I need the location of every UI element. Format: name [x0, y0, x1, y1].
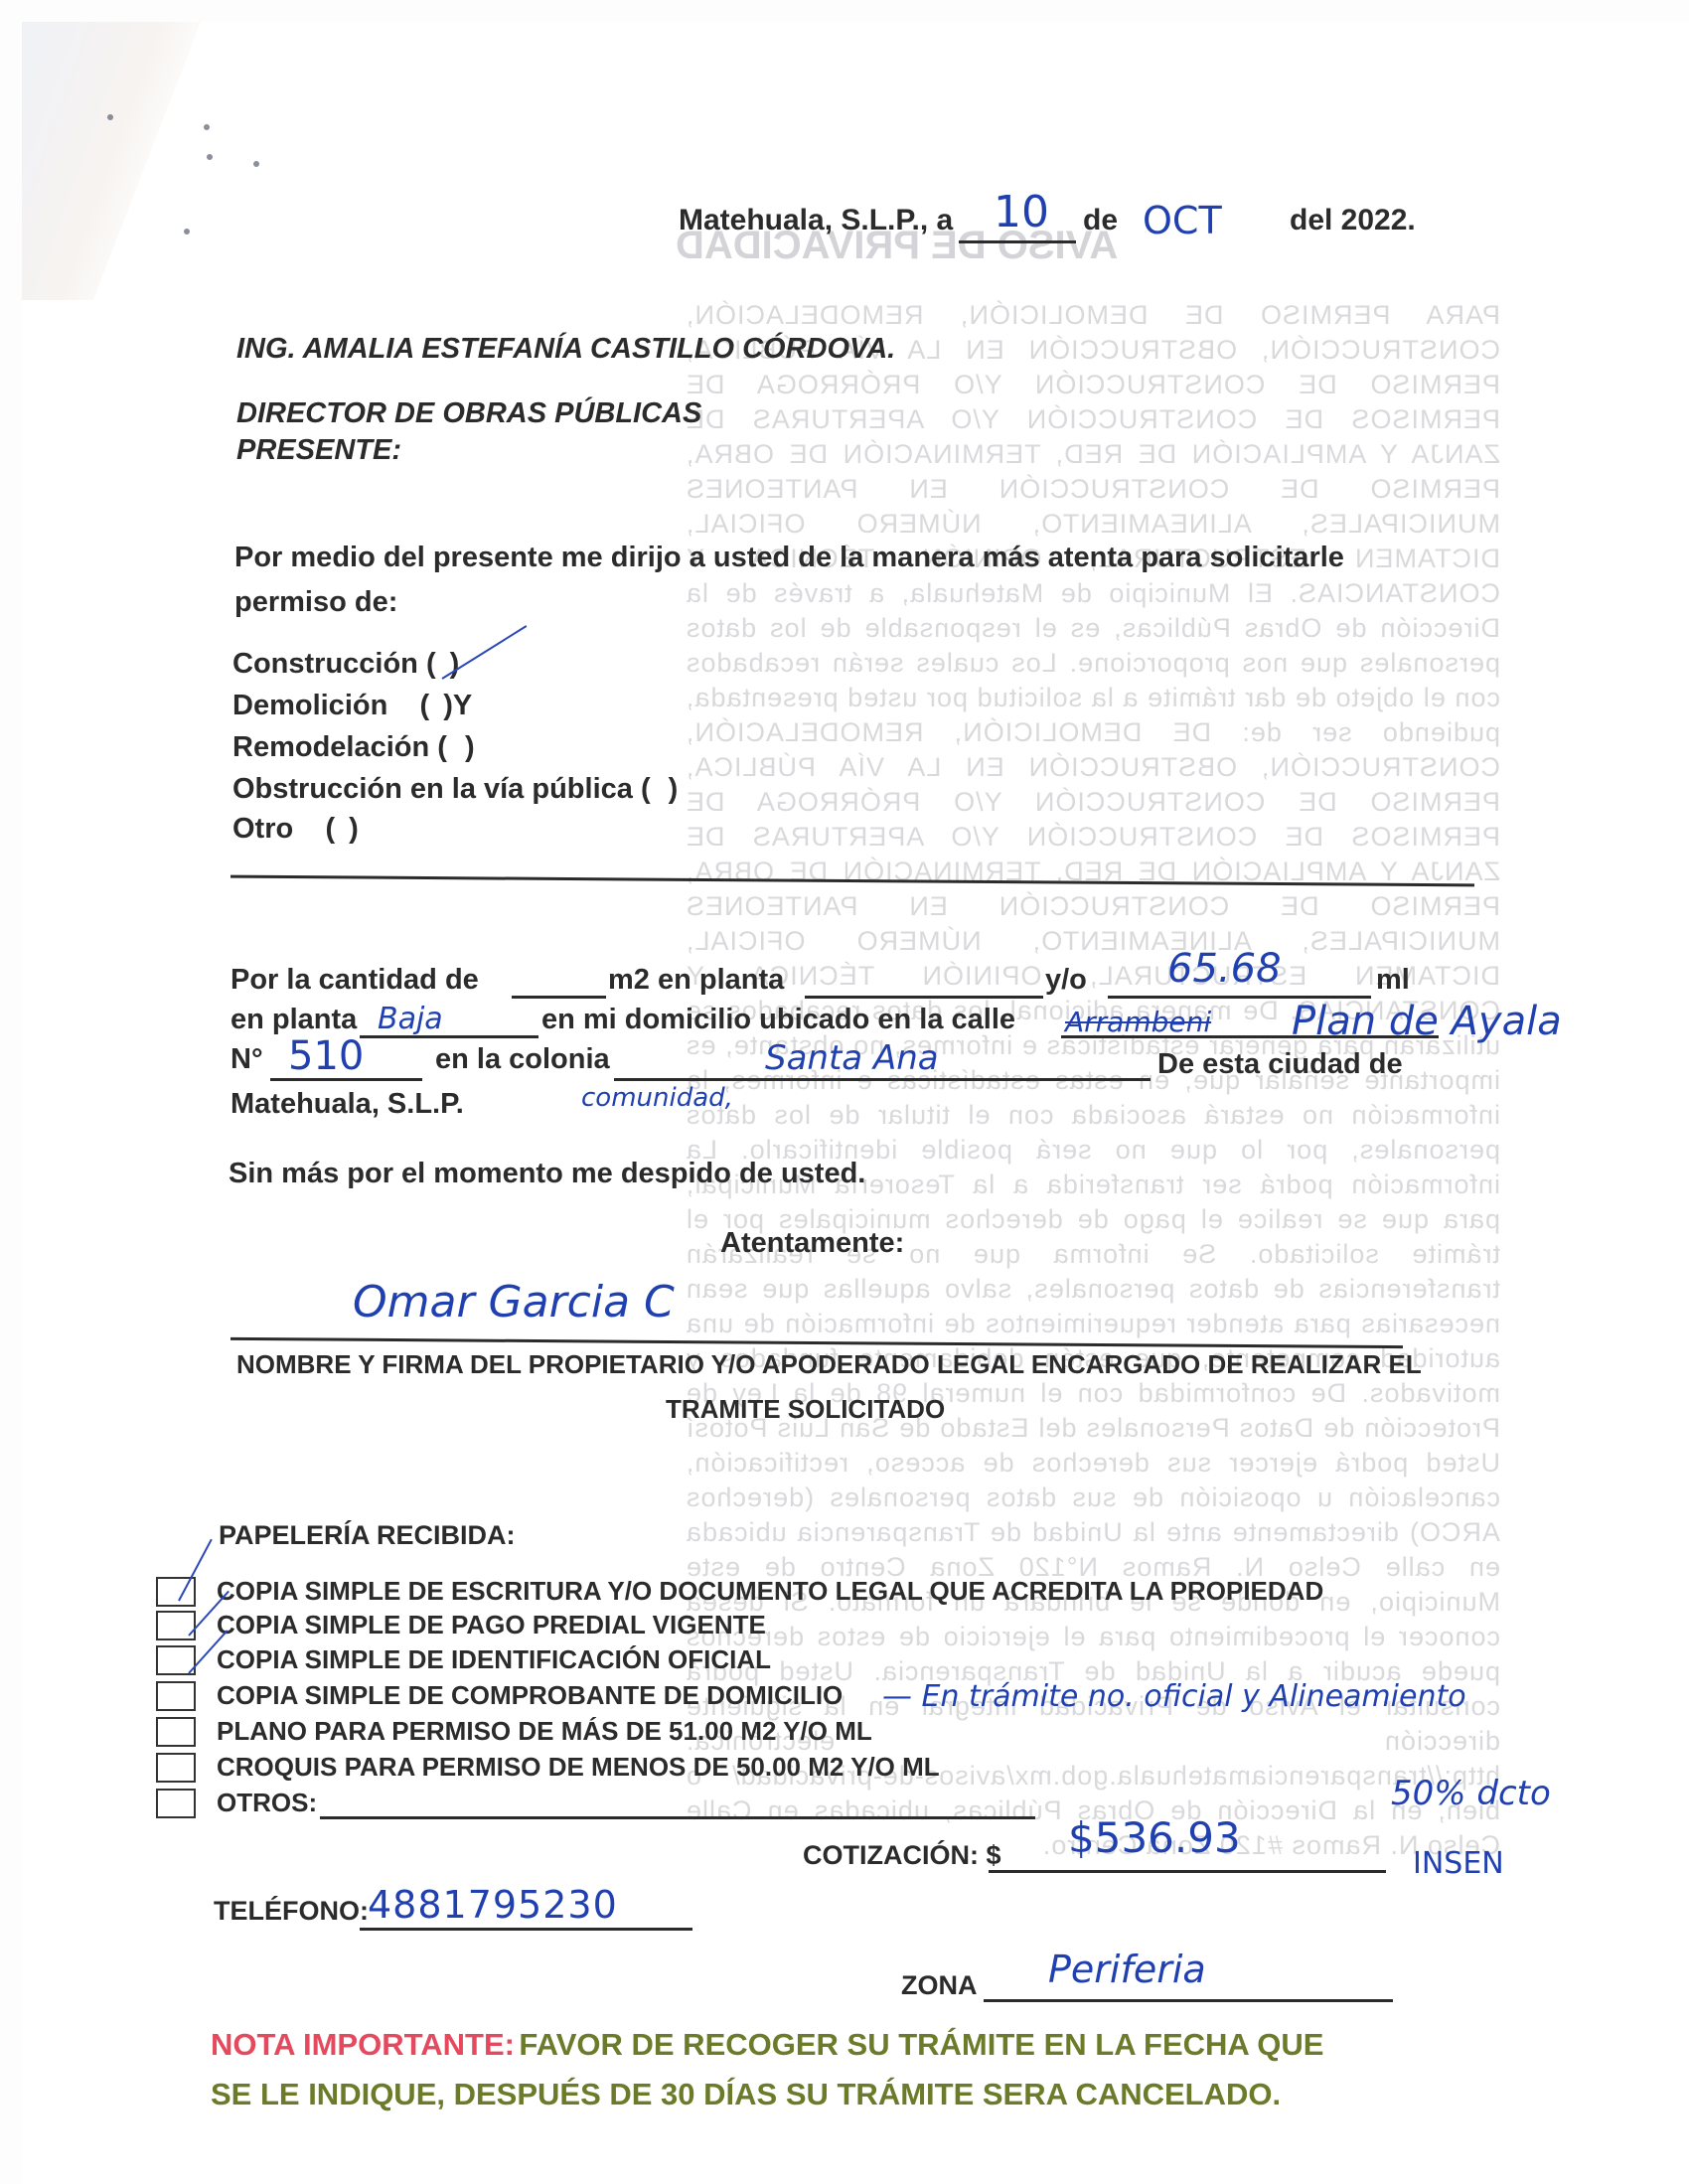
- atentamente-label: Atentamente:: [720, 1227, 904, 1260]
- day-field-line: [959, 240, 1076, 243]
- year-label: del 2022.: [1290, 204, 1416, 237]
- permit-option-label: Obstrucción en la vía pública (: [232, 773, 651, 805]
- cotizacion-label: COTIZACIÓN: $: [803, 1840, 1001, 1871]
- zona-label: ZONA: [901, 1970, 978, 2001]
- telefono-label: TELÉFONO:: [214, 1896, 369, 1927]
- numero-label: N°: [230, 1043, 263, 1076]
- papeleria-item-label: PLANO PARA PERMISO DE MÁS DE 51.00 M2 Y/…: [217, 1716, 872, 1747]
- intro-line-2: permiso de:: [234, 586, 397, 619]
- signature[interactable]: Omar Garcia C: [353, 1277, 675, 1327]
- nota-text-2: SE LE INDIQUE, DESPUÉS DE 30 DÍAS SU TRÁ…: [211, 2077, 1281, 2112]
- colonia-field-line: [614, 1078, 1151, 1081]
- day-field[interactable]: 10: [994, 187, 1049, 237]
- calle-field[interactable]: Plan de Ayala: [1292, 999, 1562, 1044]
- month-field[interactable]: OCT: [1143, 199, 1222, 242]
- permit-option-label: Construcción (: [232, 648, 436, 680]
- quantity-prefix: Por la cantidad de: [230, 964, 479, 997]
- permit-option-remodelacion[interactable]: Remodelación (): [232, 731, 475, 764]
- papeleria-item-label: COPIA SIMPLE DE IDENTIFICACIÓN OFICIAL: [217, 1644, 771, 1675]
- papeleria-item-label: COPIA SIMPLE DE ESCRITURA Y/O DOCUMENTO …: [217, 1576, 1323, 1607]
- papeleria-checkbox-domicilio[interactable]: [156, 1681, 196, 1711]
- colonia-note: comunidad,: [581, 1083, 733, 1113]
- telefono-field-line: [360, 1928, 692, 1931]
- permit-option-close: ): [669, 773, 679, 805]
- intro-line-1: Por medio del presente me dirijo a usted…: [234, 542, 1344, 574]
- cotizacion-field-line: [989, 1870, 1386, 1873]
- nota-label: NOTA IMPORTANTE:: [211, 2027, 515, 2062]
- cotizacion-field[interactable]: $536.93: [1068, 1813, 1241, 1862]
- otros-field[interactable]: [320, 1816, 1035, 1819]
- insen-note: INSEN: [1413, 1846, 1504, 1881]
- addressee-name: ING. AMALIA ESTEFANÍA CASTILLO CÓRDOVA.: [236, 333, 895, 366]
- papeleria-item-label: CROQUIS PARA PERMISO DE MENOS DE 50.00 M…: [217, 1752, 940, 1783]
- addressee-presente: PRESENTE:: [236, 434, 401, 467]
- m2-field[interactable]: [512, 996, 606, 999]
- zona-field[interactable]: Periferia: [1048, 1948, 1206, 1991]
- permit-option-label: Demolición (: [232, 690, 429, 721]
- permit-option-demolicion[interactable]: Demolición ()Y: [232, 690, 472, 722]
- ciudad-label: De esta ciudad de: [1157, 1048, 1403, 1081]
- permit-option-close: ): [349, 813, 359, 845]
- permit-option-label: Otro (: [232, 813, 335, 845]
- domicilio-label: en mi domicilio ubicado en la calle: [541, 1004, 1015, 1036]
- addressee-title: DIRECTOR DE OBRAS PÚBLICAS: [236, 397, 701, 430]
- permit-option-construccion[interactable]: Construcción (): [232, 648, 459, 681]
- papeleria-item-label: COPIA SIMPLE DE COMPROBANTE DE DOMICILIO: [217, 1680, 843, 1711]
- papeleria-checkbox-croquis[interactable]: [156, 1753, 196, 1783]
- de-label: de: [1083, 204, 1118, 237]
- signature-caption-1: NOMBRE Y FIRMA DEL PROPIETARIO Y/O APODE…: [236, 1349, 1422, 1380]
- domicilio-note: — En trámite no. oficial y Alineamiento: [882, 1679, 1466, 1714]
- ml-field[interactable]: 65.68: [1167, 946, 1282, 992]
- nota-text-1: FAVOR DE RECOGER SU TRÁMITE EN LA FECHA …: [519, 2027, 1323, 2062]
- permit-option-label: Remodelación (: [232, 731, 447, 763]
- planta-field[interactable]: Baja: [378, 1002, 443, 1036]
- m2-label: m2 en planta: [608, 964, 784, 997]
- scan-speck: [207, 154, 213, 160]
- colonia-field[interactable]: Santa Ana: [765, 1038, 939, 1078]
- permit-option-obstruccion[interactable]: Obstrucción en la vía pública (): [232, 773, 678, 806]
- permit-option-close: ): [465, 731, 475, 763]
- ml-label: ml: [1376, 964, 1410, 997]
- nota-importante: NOTA IMPORTANTE: FAVOR DE RECOGER SU TRÁ…: [211, 2027, 1323, 2063]
- papeleria-checkbox-otros[interactable]: [156, 1789, 196, 1818]
- telefono-field[interactable]: 4881795230: [368, 1883, 618, 1927]
- papeleria-item-label: OTROS:: [217, 1788, 317, 1818]
- numero-field[interactable]: 510: [288, 1033, 364, 1079]
- papeleria-checkbox-predial[interactable]: [156, 1611, 196, 1640]
- ciudad-value: Matehuala, S.L.P.: [230, 1088, 464, 1121]
- place-date-prefix: Matehuala, S.L.P., a: [679, 204, 953, 237]
- scan-speck: [204, 124, 210, 130]
- calle-struck-value: Arrambeni: [1065, 1006, 1211, 1038]
- planta-m2-field[interactable]: [805, 996, 1043, 999]
- planta-label: en planta: [230, 1004, 357, 1036]
- scan-speck: [184, 229, 190, 234]
- zona-field-line: [984, 1999, 1393, 2002]
- papeleria-item-label: COPIA SIMPLE DE PAGO PREDIAL VIGENTE: [217, 1610, 766, 1640]
- scan-speck: [253, 161, 259, 167]
- colonia-label: en la colonia: [435, 1043, 610, 1076]
- permit-option-close: ): [450, 648, 460, 680]
- scan-speck: [107, 114, 113, 120]
- papeleria-heading: PAPELERÍA RECIBIDA:: [219, 1520, 516, 1551]
- yo-label: y/o: [1045, 964, 1087, 997]
- permit-option-close: )Y: [443, 690, 472, 721]
- farewell-text: Sin más por el momento me despido de ust…: [229, 1158, 865, 1190]
- discount-note: 50% dcto: [1391, 1774, 1551, 1813]
- permit-option-otro[interactable]: Otro (): [232, 813, 359, 846]
- signature-caption-2: TRAMITE SOLICITADO: [666, 1394, 945, 1425]
- papeleria-checkbox-plano[interactable]: [156, 1717, 196, 1747]
